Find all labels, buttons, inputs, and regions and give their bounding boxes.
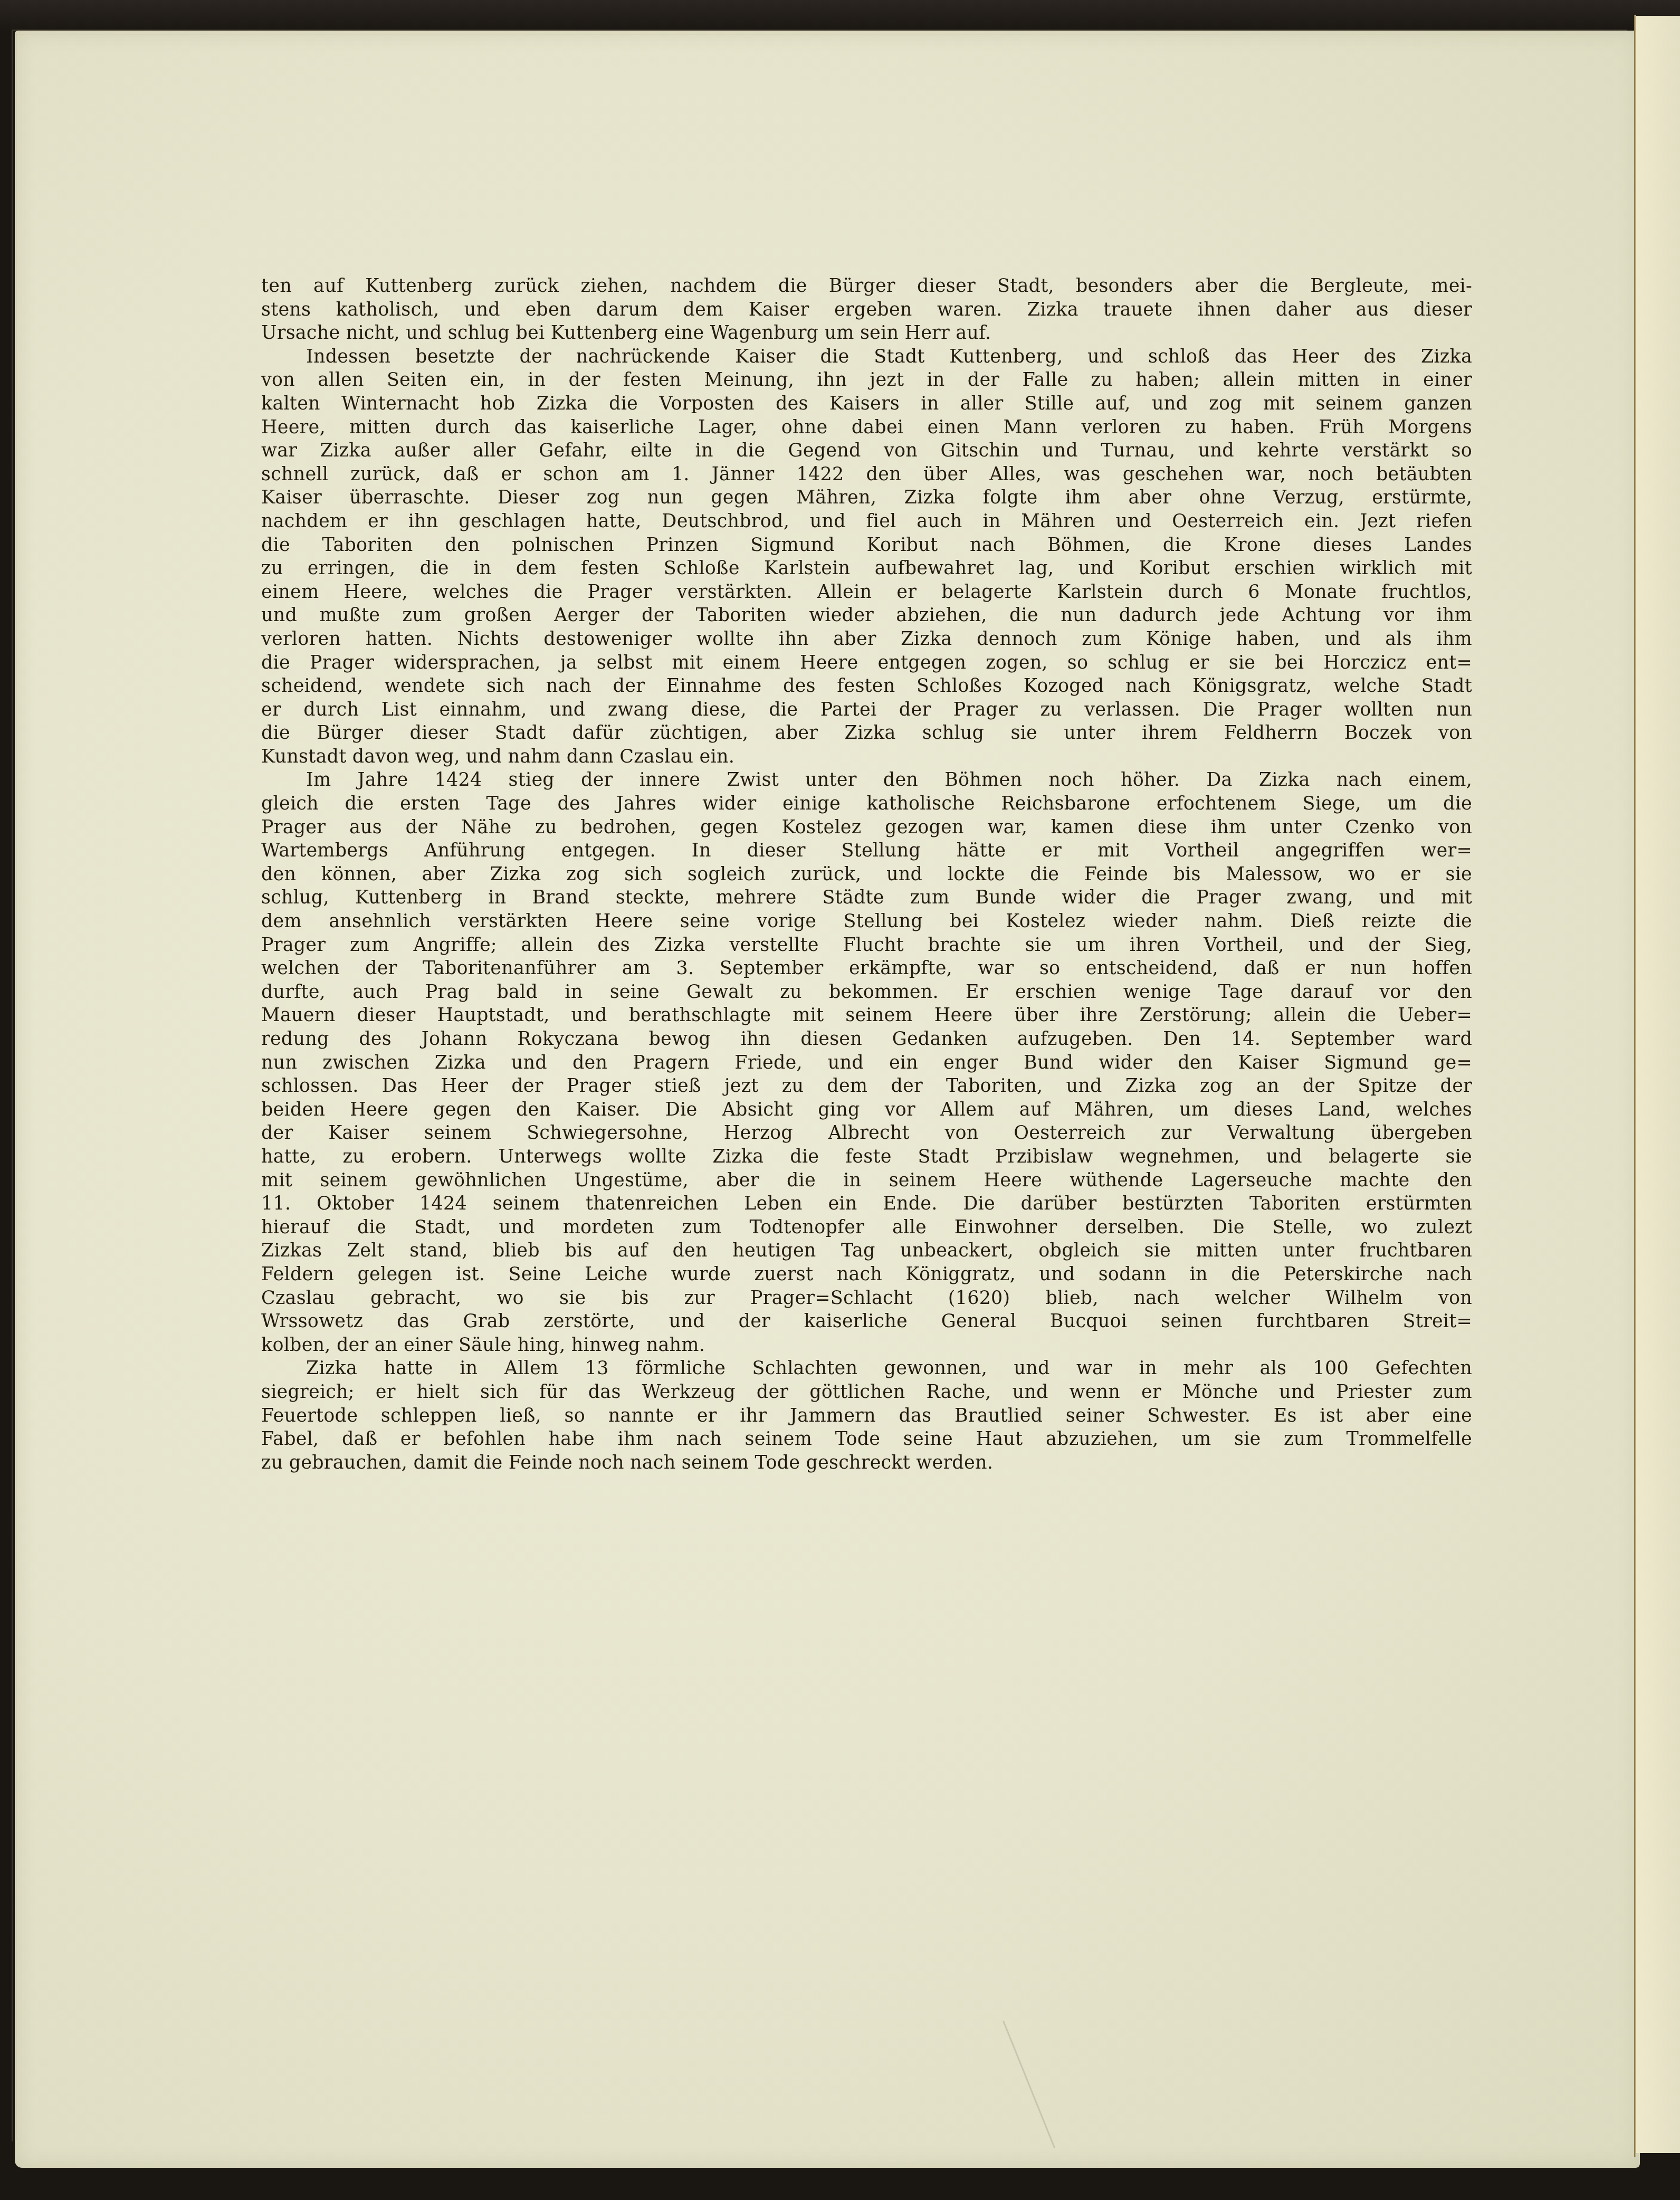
text-line: scheidend, wendete sich nach der Einnahm… xyxy=(261,674,1472,698)
text-line: Kaiser überraschte. Dieser zog nun gegen… xyxy=(261,486,1472,510)
adjacent-page-edge xyxy=(1636,16,1680,2153)
text-line: einem Heere, welches die Prager verstärk… xyxy=(261,580,1472,604)
text-line: dem ansehnlich verstärkten Heere seine v… xyxy=(261,910,1472,934)
text-line: mit seinem gewöhnlichen Ungestüme, aber … xyxy=(261,1169,1472,1193)
scan-background-top xyxy=(0,0,1680,32)
text-line: nachdem er ihn geschlagen hatte, Deutsch… xyxy=(261,510,1472,534)
text-line: die Bürger dieser Stadt dafür züchtigen,… xyxy=(261,721,1472,745)
text-line: nun zwischen Zizka und den Pragern Fried… xyxy=(261,1051,1472,1075)
text-line: hatte, zu erobern. Unterwegs wollte Zizk… xyxy=(261,1145,1472,1169)
text-line: Im Jahre 1424 stieg der innere Zwist unt… xyxy=(261,768,1472,792)
text-line: verloren hatten. Nichts destoweniger wol… xyxy=(261,627,1472,651)
text-line: ten auf Kuttenberg zurück ziehen, nachde… xyxy=(261,274,1472,298)
text-line: Zizkas Zelt stand, blieb bis auf den heu… xyxy=(261,1239,1472,1263)
text-line: Zizka hatte in Allem 13 förmliche Schlac… xyxy=(261,1357,1472,1380)
text-line: zu erringen, die in dem festen Schloße K… xyxy=(261,557,1472,580)
text-line: schnell zurück, daß er schon am 1. Jänne… xyxy=(261,463,1472,487)
text-line: Feldern gelegen ist. Seine Leiche wurde … xyxy=(261,1263,1472,1287)
text-line: Heere, mitten durch das kaiserliche Lage… xyxy=(261,416,1472,440)
text-line: Prager aus der Nähe zu bedrohen, gegen K… xyxy=(261,816,1472,840)
text-line: die Taboriten den polnischen Prinzen Sig… xyxy=(261,534,1472,557)
text-line: Wartembergs Anführung entgegen. In diese… xyxy=(261,839,1472,863)
text-line: die Prager widersprachen, ja selbst mit … xyxy=(261,651,1472,675)
text-line: Prager zum Angriffe; allein des Zizka ve… xyxy=(261,934,1472,957)
text-line: stens katholisch, und eben darum dem Kai… xyxy=(261,298,1472,322)
text-line: schlug, Kuttenberg in Brand steckte, meh… xyxy=(261,886,1472,910)
text-line: hierauf die Stadt, und mordeten zum Todt… xyxy=(261,1216,1472,1240)
text-line: 11. Oktober 1424 seinem thatenreichen Le… xyxy=(261,1192,1472,1216)
text-line: Ursache nicht, und schlug bei Kuttenberg… xyxy=(261,321,1472,345)
text-line: durfte, auch Prag bald in seine Gewalt z… xyxy=(261,980,1472,1004)
paragraph: Im Jahre 1424 stieg der innere Zwist unt… xyxy=(261,768,1472,1357)
text-line: Fabel, daß er befohlen habe ihm nach sei… xyxy=(261,1427,1472,1451)
text-line: und mußte zum großen Aerger der Taborite… xyxy=(261,604,1472,627)
text-line: der Kaiser seinem Schwiegersohne, Herzog… xyxy=(261,1121,1472,1145)
text-line: Czaslau gebracht, wo sie bis zur Prager=… xyxy=(261,1287,1472,1310)
text-line: den können, aber Zizka zog sich sogleich… xyxy=(261,863,1472,887)
text-line: er durch List einnahm, und zwang diese, … xyxy=(261,698,1472,722)
text-line: siegreich; er hielt sich für das Werkzeu… xyxy=(261,1380,1472,1404)
text-line: zu gebrauchen, damit die Feinde noch nac… xyxy=(261,1451,1472,1475)
text-line: schlossen. Das Heer der Prager stieß jez… xyxy=(261,1074,1472,1098)
text-line: Wrssowetz das Grab zerstörte, und der ka… xyxy=(261,1310,1472,1334)
text-line: gleich die ersten Tage des Jahres wider … xyxy=(261,792,1472,816)
text-line: kolben, der an einer Säule hing, hinweg … xyxy=(261,1334,1472,1357)
text-line: war Zizka außer aller Gefahr, eilte in d… xyxy=(261,439,1472,463)
paragraph: ten auf Kuttenberg zurück ziehen, nachde… xyxy=(261,274,1472,345)
paragraph: Zizka hatte in Allem 13 förmliche Schlac… xyxy=(261,1357,1472,1474)
text-line: Mauern dieser Hauptstadt, und berathschl… xyxy=(261,1004,1472,1027)
paragraph: Indessen besetzte der nachrückende Kaise… xyxy=(261,345,1472,769)
text-line: Feuertode schleppen ließ, so nannte er i… xyxy=(261,1404,1472,1428)
text-line: Kunstadt davon weg, und nahm dann Czasla… xyxy=(261,745,1472,769)
text-line: beiden Heere gegen den Kaiser. Die Absic… xyxy=(261,1098,1472,1122)
text-line: kalten Winternacht hob Zizka die Vorpost… xyxy=(261,392,1472,416)
text-line: redung des Johann Rokyczana bewog ihn di… xyxy=(261,1027,1472,1051)
text-line: von allen Seiten ein, in der festen Mein… xyxy=(261,368,1472,392)
text-line: welchen der Taboritenanführer am 3. Sept… xyxy=(261,957,1472,980)
body-text: ten auf Kuttenberg zurück ziehen, nachde… xyxy=(261,274,1472,1474)
text-line: Indessen besetzte der nachrückende Kaise… xyxy=(261,345,1472,369)
